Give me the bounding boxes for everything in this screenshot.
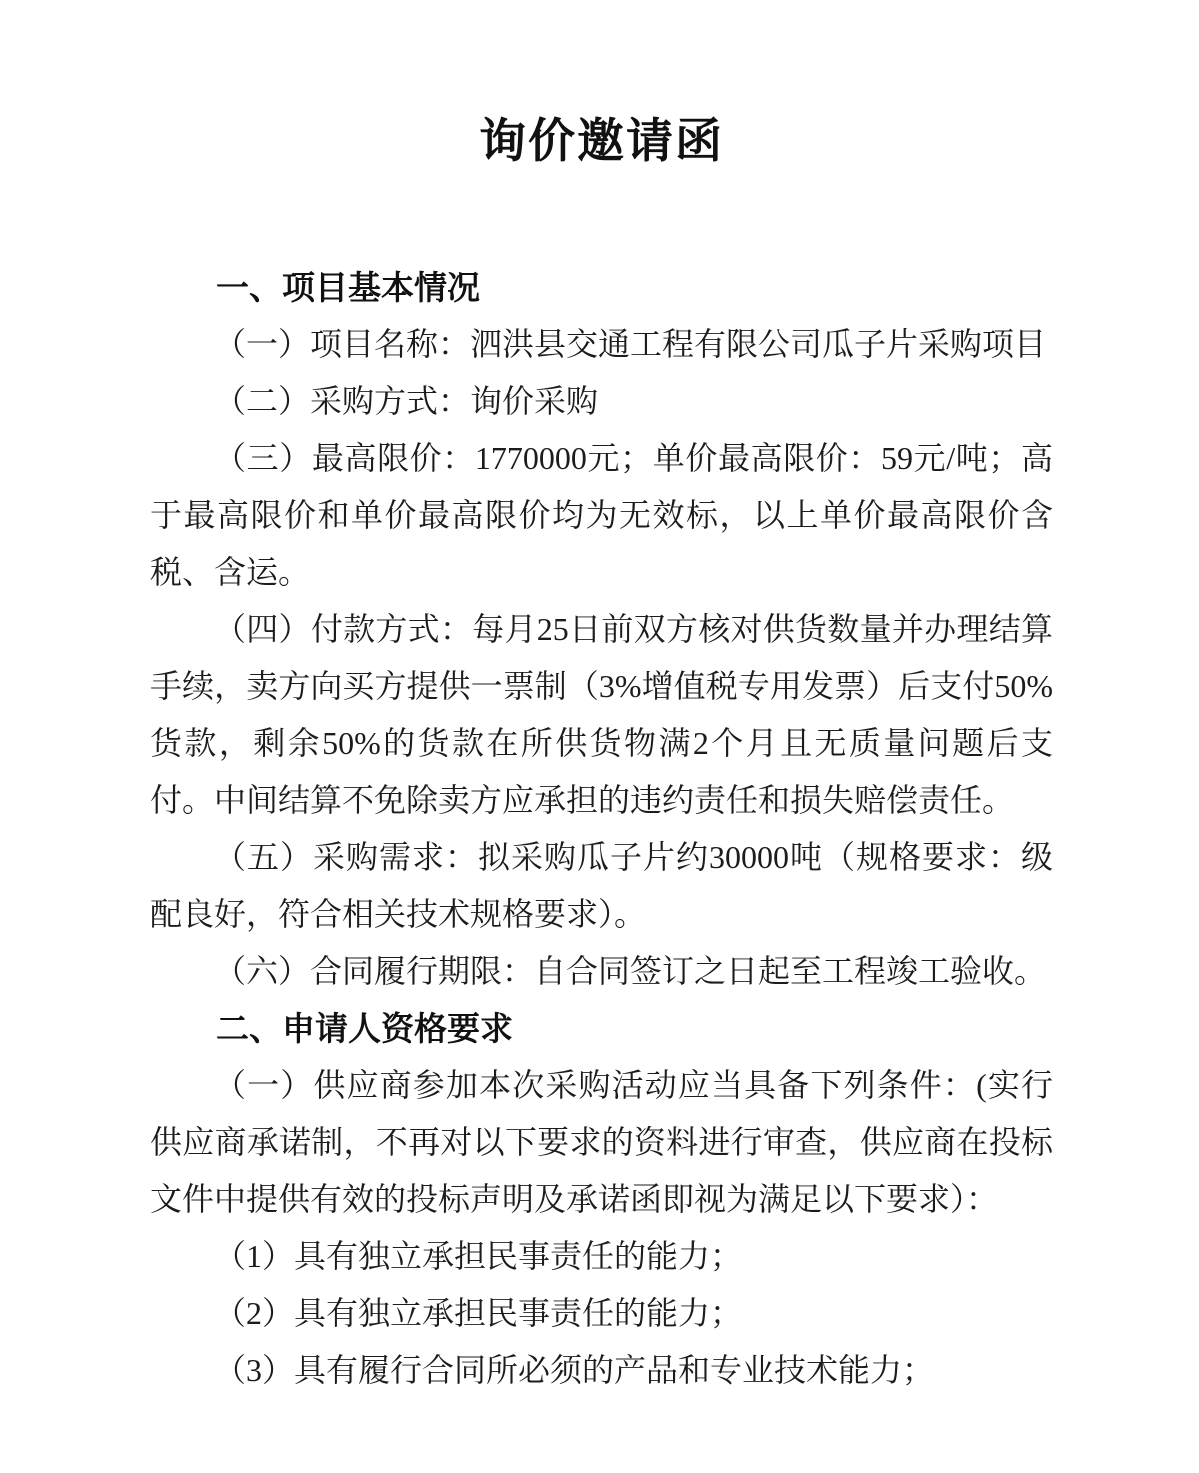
section-project-overview: 一、项目基本情况 （一）项目名称：泗洪县交通工程有限公司瓜子片采购项目 （二）采… <box>150 259 1053 1000</box>
paragraph-condition-3: （3）具有履行合同所必须的产品和专业技术能力； <box>150 1342 1053 1399</box>
paragraph-payment-terms: （四）付款方式：每月25日前双方核对供货数量并办理结算手续，卖方向买方提供一票制… <box>150 601 1053 829</box>
section-applicant-qualifications: 二、申请人资格要求 （一）供应商参加本次采购活动应当具备下列条件：(实行供应商承… <box>150 1000 1053 1399</box>
paragraph-condition-1: （1）具有独立承担民事责任的能力； <box>150 1228 1053 1285</box>
paragraph-procurement-method: （二）采购方式：询价采购 <box>150 373 1053 430</box>
paragraph-project-name: （一）项目名称：泗洪县交通工程有限公司瓜子片采购项目 <box>150 316 1053 373</box>
paragraph-contract-period: （六）合同履行期限：自合同签订之日起至工程竣工验收。 <box>150 943 1053 1000</box>
paragraph-supplier-conditions-intro: （一）供应商参加本次采购活动应当具备下列条件：(实行供应商承诺制，不再对以下要求… <box>150 1057 1053 1228</box>
document-title: 询价邀请函 <box>150 112 1053 172</box>
section-heading-applicant-qualifications: 二、申请人资格要求 <box>150 1000 1053 1057</box>
section-heading-project-overview: 一、项目基本情况 <box>150 259 1053 316</box>
paragraph-condition-2: （2）具有独立承担民事责任的能力； <box>150 1285 1053 1342</box>
document-page: 询价邀请函 一、项目基本情况 （一）项目名称：泗洪县交通工程有限公司瓜子片采购项… <box>0 0 1199 1473</box>
paragraph-price-ceiling: （三）最高限价：1770000元；单价最高限价：59元/吨；高于最高限价和单价最… <box>150 430 1053 601</box>
paragraph-procurement-demand: （五）采购需求：拟采购瓜子片约30000吨（规格要求：级配良好，符合相关技术规格… <box>150 829 1053 943</box>
